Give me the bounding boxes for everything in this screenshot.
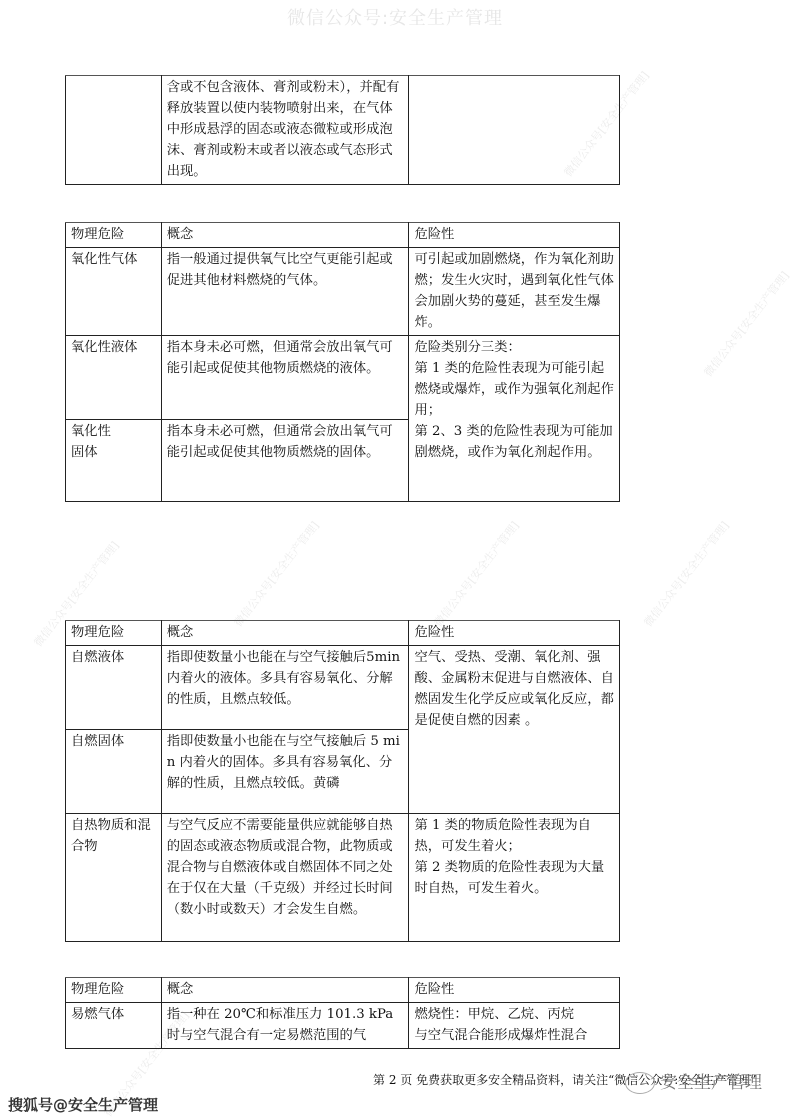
hazard-cell: 自燃固体 xyxy=(66,730,162,814)
concept-cell: 指本身未必可燃，但通常会放出氧气可能引起或促使其他物质燃烧的液体。 xyxy=(161,336,409,420)
danger-cell: 危险类别分三类： 第 1 类的危险性表现为可能引起燃烧或爆炸，或作为强氧化剂起作… xyxy=(409,336,620,502)
danger-line: 危险类别分三类： xyxy=(414,337,614,358)
header-concept: 概念 xyxy=(161,978,409,1003)
concept-cell: 指一般通过提供氧气比空气更能引起或促进其他材料燃烧的气体。 xyxy=(161,248,409,336)
hazard-cell: 自热物质和混合物 xyxy=(66,814,162,942)
hazard-cell xyxy=(66,76,162,185)
table-row: 自燃液体 指即使数量小也能在与空气接触后5min 内着火的液体。多具有容易氧化、… xyxy=(66,646,620,730)
danger-line: 与空气混合能形成爆炸性混合 xyxy=(414,1025,614,1046)
table-row: 自热物质和混合物 与空气反应不需要能量供应就能够自热的固态或液态物质或混合物，此… xyxy=(66,814,620,942)
danger-cell: 第 1 类的物质危险性表现为自热，可发生着火； 第 2 类物质的危险性表现为大量… xyxy=(409,814,620,942)
concept-cell: 指本身未必可燃，但通常会放出氧气可能引起或促使其他物质燃烧的固体。 xyxy=(161,420,409,502)
diagonal-watermark: 微信公众号[安全生产管理] xyxy=(230,518,322,630)
hazard-cell: 氧化性 固体 xyxy=(66,420,162,502)
table-header-row: 物理危险 概念 危险性 xyxy=(66,621,620,646)
table-header-row: 物理危险 概念 危险性 xyxy=(66,978,620,1003)
header-hazard: 物理危险 xyxy=(66,223,162,248)
self-reactive-hazard-table: 物理危险 概念 危险性 自燃液体 指即使数量小也能在与空气接触后5min 内着火… xyxy=(65,620,620,942)
footer-sohu-account: 搜狐号@安全生产管理 xyxy=(8,1094,158,1115)
danger-cell: 可引起或加剧燃烧，作为氧化剂助燃；发生火灾时，遇到氧化性气体会加剧火势的蔓延，甚… xyxy=(409,248,620,336)
hazard-line: 固体 xyxy=(71,442,156,463)
header-hazard: 物理危险 xyxy=(66,621,162,646)
concept-cell: 指一种在 20℃和标准压力 101.3 kPa 时与空气混合有一定易燃范围的气 xyxy=(161,1003,409,1049)
table-row: 易燃气体 指一种在 20℃和标准压力 101.3 kPa 时与空气混合有一定易燃… xyxy=(66,1003,620,1049)
oxidizer-hazard-table: 物理危险 概念 危险性 氧化性气体 指一般通过提供氧气比空气更能引起或促进其他材… xyxy=(65,222,620,502)
footer-brand: 安全生产管理 xyxy=(660,1068,762,1093)
concept-cell: 含或不包含液体、膏剂或粉末），并配有释放装置以使内装物喷射出来，在气体中形成悬浮… xyxy=(161,76,409,185)
concept-cell: 与空气反应不需要能量供应就能够自热的固态或液态物质或混合物，此物质或混合物与自燃… xyxy=(161,814,409,942)
danger-line: 燃烧性：甲烷、乙烷、丙烷 xyxy=(414,1004,614,1025)
danger-line: 第 1 类的物质危险性表现为自热，可发生着火； xyxy=(414,815,614,857)
danger-line: 第 2 类物质的危险性表现为大量时自热，可发生着火。 xyxy=(414,857,614,899)
concept-cell: 指即使数量小也能在与空气接触后 5 min 内着火的固体。多具有容易氧化、分解的… xyxy=(161,730,409,814)
header-concept: 概念 xyxy=(161,223,409,248)
header-danger: 危险性 xyxy=(409,621,620,646)
hazard-cell: 自燃液体 xyxy=(66,646,162,730)
table-header-row: 物理危险 概念 危险性 xyxy=(66,223,620,248)
table-row: 含或不包含液体、膏剂或粉末），并配有释放装置以使内装物喷射出来，在气体中形成悬浮… xyxy=(66,76,620,185)
header-watermark: 微信公众号:安全生产管理 xyxy=(0,4,790,30)
hazard-cell: 氧化性气体 xyxy=(66,248,162,336)
danger-line: 第 2、3 类的危险性表现为可能加剧燃烧，或作为氧化剂起作用。 xyxy=(414,421,614,463)
hazard-table-continuation: 含或不包含液体、膏剂或粉末），并配有释放装置以使内装物喷射出来，在气体中形成悬浮… xyxy=(65,75,620,185)
header-concept: 概念 xyxy=(161,621,409,646)
table-row: 氧化性气体 指一般通过提供氧气比空气更能引起或促进其他材料燃烧的气体。 可引起或… xyxy=(66,248,620,336)
diagonal-watermark: 微信公众号[安全生产管理] xyxy=(700,268,790,380)
table-row: 氧化性液体 指本身未必可燃，但通常会放出氧气可能引起或促使其他物质燃烧的液体。 … xyxy=(66,336,620,420)
diagonal-watermark: 微信公众号[安全生产管理] xyxy=(430,518,522,630)
danger-cell: 燃烧性：甲烷、乙烷、丙烷 与空气混合能形成爆炸性混合 xyxy=(409,1003,620,1049)
danger-cell: 空气、受热、受潮、氧化剂、强酸、金属粉末促进与自燃液体、自燃固发生化学反应或氧化… xyxy=(409,646,620,814)
header-danger: 危险性 xyxy=(409,978,620,1003)
wechat-icon xyxy=(625,1072,655,1094)
concept-cell: 指即使数量小也能在与空气接触后5min 内着火的液体。多具有容易氧化、分解的性质… xyxy=(161,646,409,730)
header-danger: 危险性 xyxy=(409,223,620,248)
danger-line: 第 1 类的危险性表现为可能引起燃烧或爆炸，或作为强氧化剂起作用； xyxy=(414,358,614,421)
hazard-cell: 易燃气体 xyxy=(66,1003,162,1049)
hazard-cell: 氧化性液体 xyxy=(66,336,162,420)
diagonal-watermark: 微信公众号[安全生产管理] xyxy=(640,518,732,630)
flammable-hazard-table: 物理危险 概念 危险性 易燃气体 指一种在 20℃和标准压力 101.3 kPa… xyxy=(65,977,620,1049)
hazard-line: 氧化性 xyxy=(71,421,156,442)
header-hazard: 物理危险 xyxy=(66,978,162,1003)
danger-cell xyxy=(409,76,620,185)
